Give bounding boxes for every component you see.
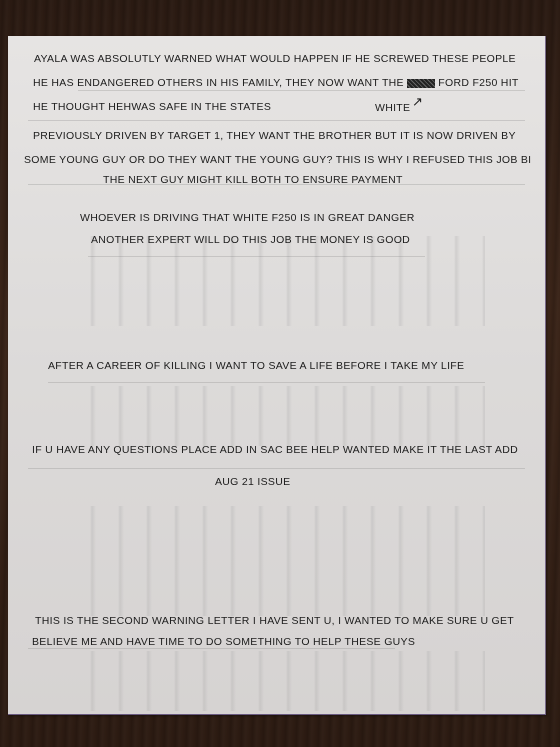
letter-line-10: IF U HAVE ANY QUESTIONS PLACE ADD IN SAC… — [32, 444, 518, 456]
letter-paper: AYALA WAS ABSOLUTLY WARNED WHAT WOULD HA… — [8, 36, 546, 715]
back-text-bleed — [68, 506, 485, 616]
letter-line-2-end: FORD F250 HIT — [438, 77, 518, 89]
back-text-bleed — [68, 236, 485, 326]
back-text-bleed — [68, 386, 485, 446]
letter-line-2: HE HAS ENDANGERED OTHERS IN HIS FAMILY, … — [33, 77, 519, 89]
letter-line-1: AYALA WAS ABSOLUTLY WARNED WHAT WOULD HA… — [34, 53, 516, 65]
strip-edge — [28, 468, 525, 469]
strip-edge — [48, 382, 485, 383]
letter-line-12: THIS IS THE SECOND WARNING LETTER I HAVE… — [35, 615, 514, 627]
letter-line-8: ANOTHER EXPERT WILL DO THIS JOB THE MONE… — [91, 234, 410, 246]
letter-line-3: HE THOUGHT HEHWAS SAFE IN THE STATES — [33, 101, 271, 113]
letter-line-4: PREVIOUSLY DRIVEN BY TARGET 1, THEY WANT… — [33, 130, 516, 142]
letter-line-13: BELIEVE ME AND HAVE TIME TO DO SOMETHING… — [32, 636, 415, 648]
letter-line-2-text: HE HAS ENDANGERED OTHERS IN HIS FAMILY, … — [33, 77, 404, 89]
handwritten-white: WHITE — [375, 102, 410, 114]
letter-line-9: AFTER A CAREER OF KILLING I WANT TO SAVE… — [48, 360, 464, 372]
redacted-word — [407, 79, 435, 88]
letter-line-7: WHOEVER IS DRIVING THAT WHITE F250 IS IN… — [80, 212, 415, 224]
letter-line-6: THE NEXT GUY MIGHT KILL BOTH TO ENSURE P… — [103, 174, 403, 186]
strip-edge — [28, 120, 525, 121]
letter-line-5: SOME YOUNG GUY OR DO THEY WANT THE YOUNG… — [24, 154, 531, 166]
handwritten-arrow-icon: ↗ — [412, 94, 423, 110]
strip-edge — [88, 256, 425, 257]
back-text-bleed — [68, 651, 485, 711]
strip-edge — [78, 90, 525, 91]
letter-line-11: AUG 21 ISSUE — [215, 476, 290, 488]
strip-edge — [28, 648, 395, 649]
